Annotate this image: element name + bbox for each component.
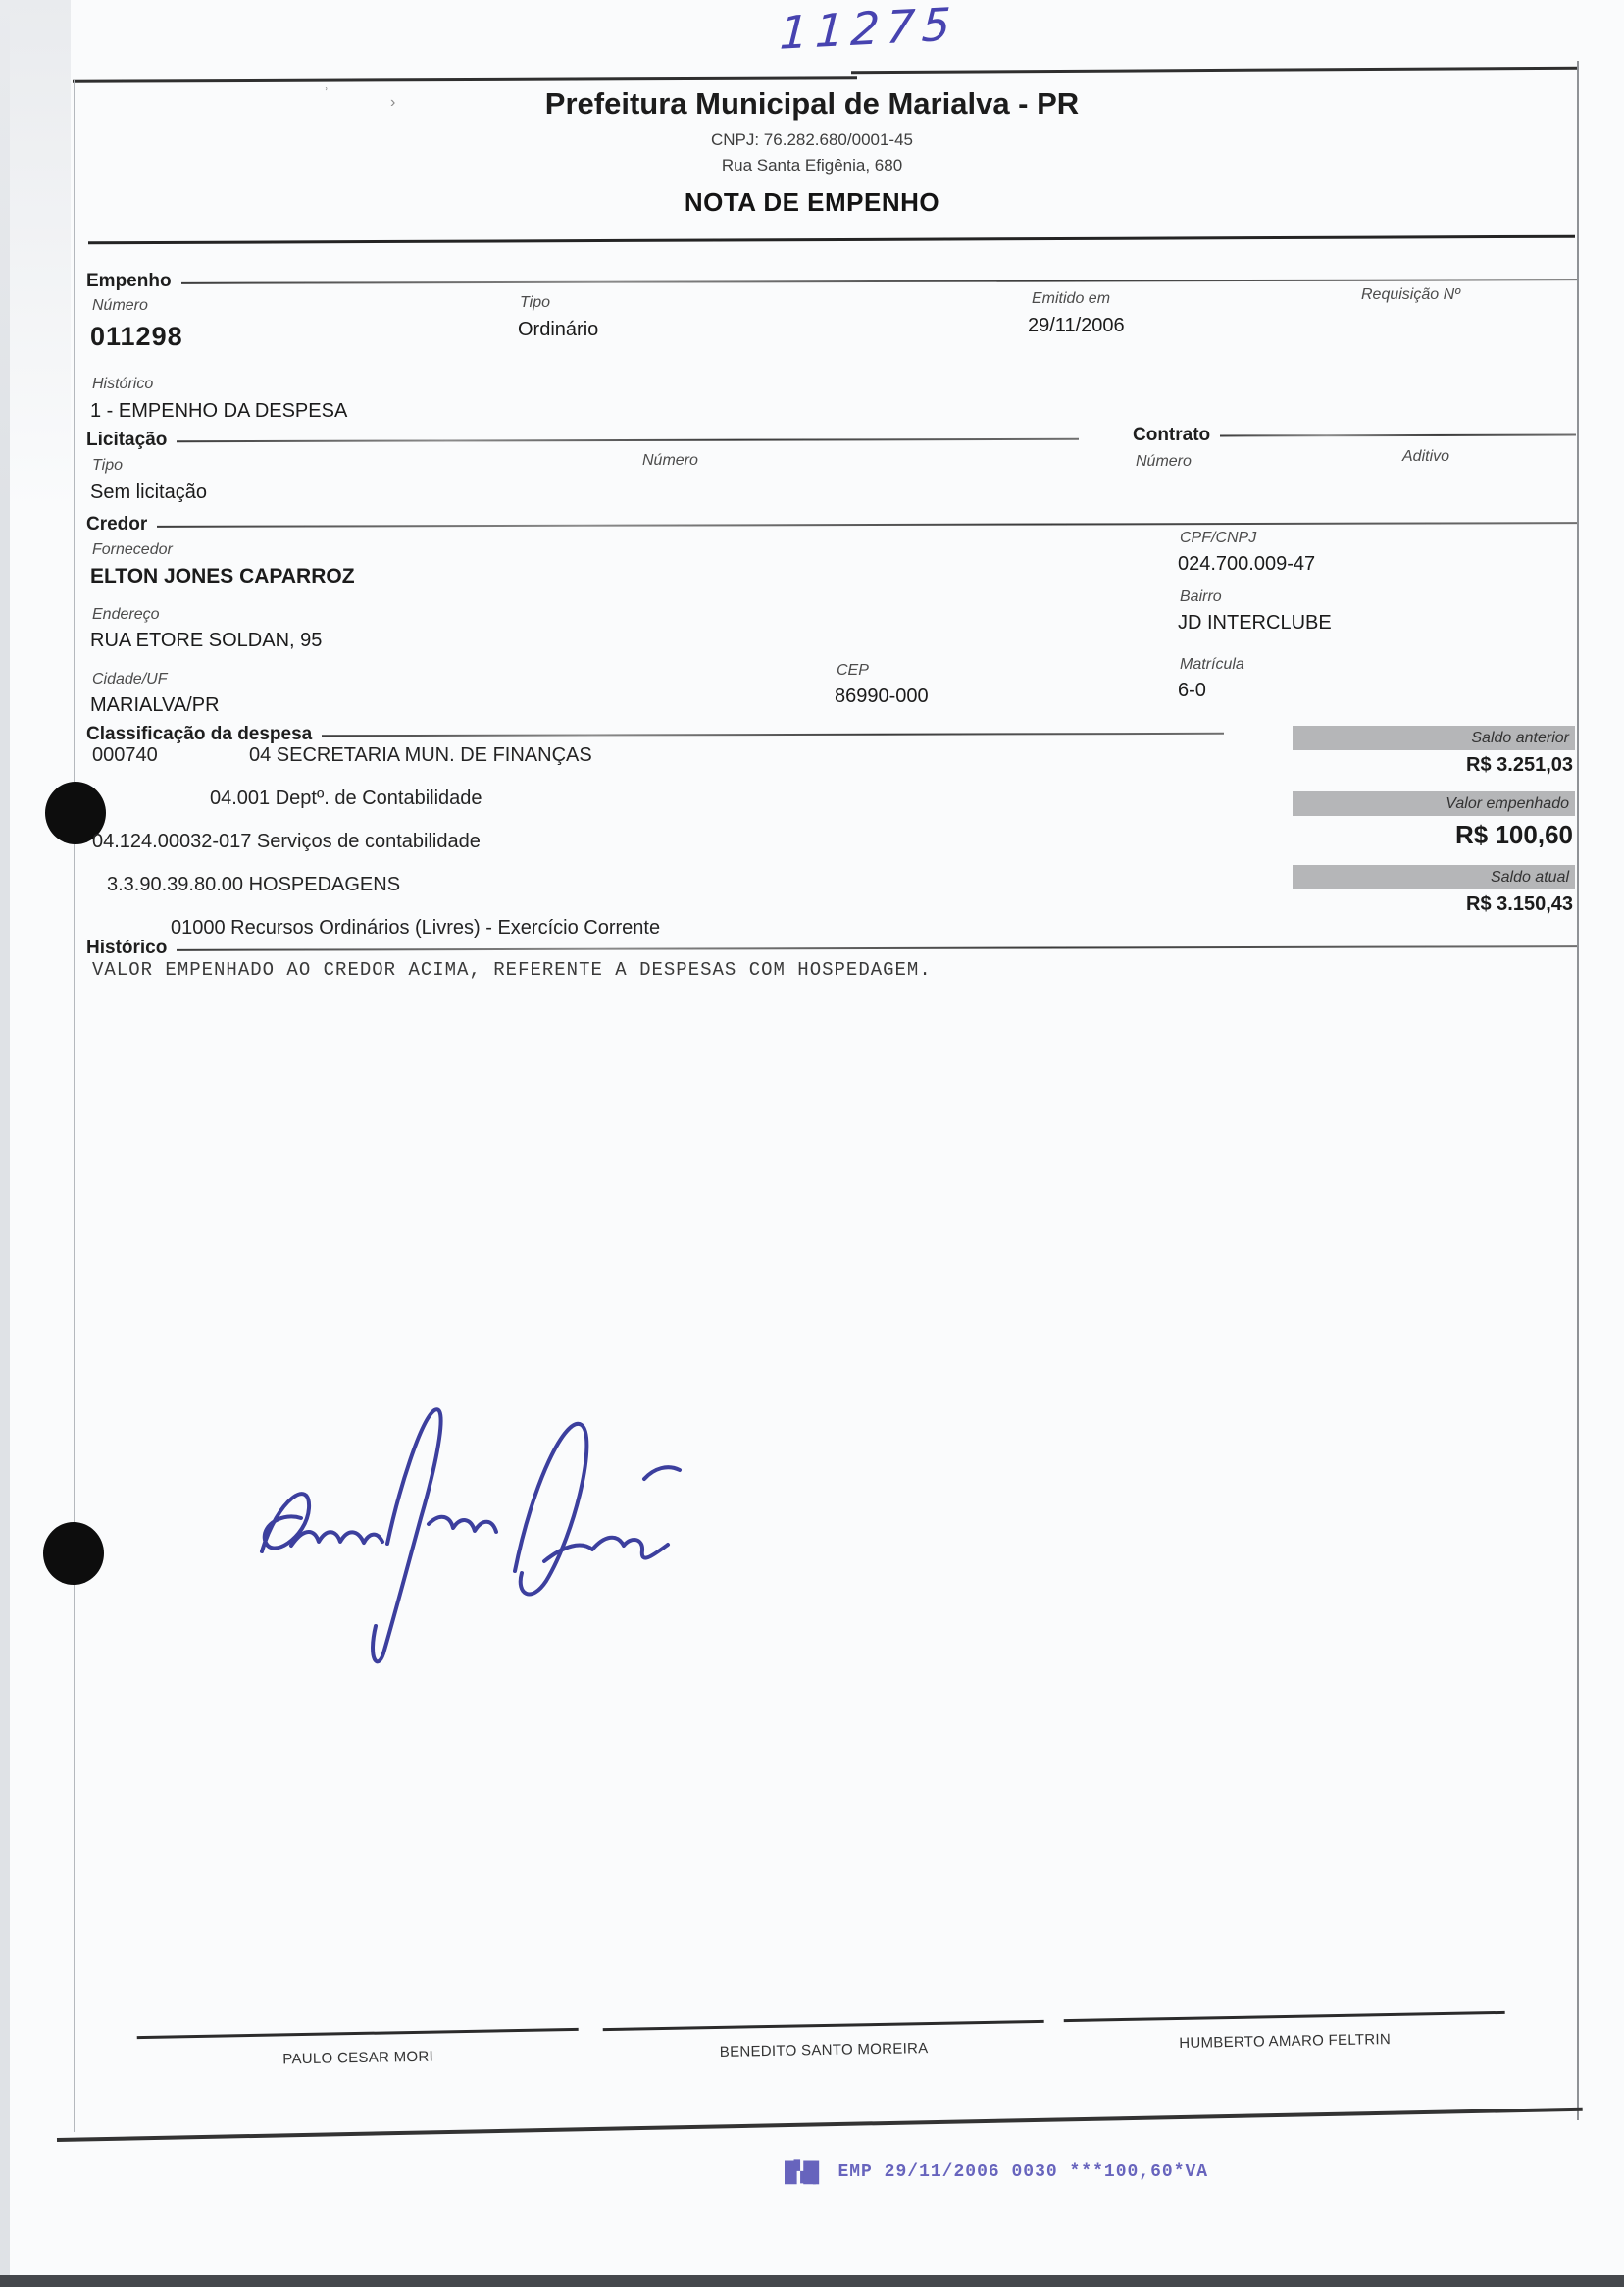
licitacao-tipo-label: Tipo xyxy=(92,457,123,475)
section-credor-label: Credor xyxy=(86,514,147,535)
saldo-anterior-value: R$ 3.251,03 xyxy=(1293,750,1575,783)
signature-line xyxy=(1064,2011,1505,2022)
document-title: NOTA DE EMPENHO xyxy=(0,187,1624,218)
scan-corner-shade xyxy=(0,0,71,510)
saldo-anterior-group: Saldo anterior R$ 3.251,03 xyxy=(1293,726,1575,783)
numero-label: Número xyxy=(92,297,148,315)
cidade-label: Cidade/UF xyxy=(92,671,167,688)
licitacao-tipo-value: Sem licitação xyxy=(90,482,207,504)
saldo-atual-label: Saldo atual xyxy=(1293,865,1575,889)
section-historico-label: Histórico xyxy=(86,938,167,959)
cpf-value: 024.700.009-47 xyxy=(1178,553,1315,576)
signature-scribble xyxy=(221,1363,701,1687)
paper-right-edge xyxy=(1577,61,1579,2120)
emitido-value: 29/11/2006 xyxy=(1028,315,1125,337)
entity-address: Rua Santa Efigênia, 680 xyxy=(0,156,1624,176)
classification-text: 04.001 Deptº. de Contabilidade xyxy=(210,788,482,809)
contrato-numero-label: Número xyxy=(1136,453,1192,471)
section-rule xyxy=(177,945,1577,951)
fornecedor-value: ELTON JONES CAPARROZ xyxy=(90,565,355,588)
entity-cnpj: CNPJ: 76.282.680/0001-45 xyxy=(0,130,1624,150)
numero-value: 011298 xyxy=(90,322,183,352)
signature-block: HUMBERTO AMARO FELTRIN xyxy=(1064,2011,1506,2054)
cpf-label: CPF/CNPJ xyxy=(1180,530,1256,547)
classification-code: 000740 xyxy=(92,741,249,769)
signature-block: BENEDITO SANTO MOREIRA xyxy=(603,2020,1045,2062)
classification-row: 04.001 Deptº. de Contabilidade xyxy=(92,785,1220,828)
signatory-name: BENEDITO SANTO MOREIRA xyxy=(603,2038,1044,2062)
section-empenho: Empenho xyxy=(86,271,1577,292)
validation-stamp: █▚█▌ EMP 29/11/2006 0030 ***100,60*VA xyxy=(785,2160,1208,2185)
classification-text: 04 SECRETARIA MUN. DE FINANÇAS xyxy=(249,744,592,766)
handwritten-number: 11275 xyxy=(779,0,959,60)
valor-empenhado-group: Valor empenhado R$ 100,60 xyxy=(1293,791,1575,856)
fornecedor-label: Fornecedor xyxy=(92,541,173,559)
punch-hole xyxy=(43,1522,104,1585)
cep-value: 86990-000 xyxy=(835,686,929,708)
paper-left-edge xyxy=(74,80,75,2132)
historico1-label: Histórico xyxy=(92,376,153,393)
section-rule xyxy=(181,279,1577,284)
section-rule xyxy=(1220,434,1576,437)
bairro-label: Bairro xyxy=(1180,588,1222,606)
matricula-label: Matrícula xyxy=(1180,656,1244,674)
requisicao-label: Requisição Nº xyxy=(1361,286,1460,304)
contrato-aditivo-label: Aditivo xyxy=(1402,448,1449,466)
bairro-value: JD INTERCLUBE xyxy=(1178,612,1332,635)
document-header: Prefeitura Municipal de Marialva - PR CN… xyxy=(0,86,1624,218)
licitacao-numero-label: Número xyxy=(642,452,698,470)
scan-bottom-band xyxy=(0,2275,1624,2287)
classification-text: 04.124.00032-017 Serviços de contabilida… xyxy=(92,831,481,852)
section-rule xyxy=(177,438,1079,442)
classification-row: 04.124.00032-017 Serviços de contabilida… xyxy=(92,828,1220,871)
section-licitacao-label: Licitação xyxy=(86,430,167,451)
endereco-label: Endereço xyxy=(92,606,160,624)
section-contrato: Contrato xyxy=(1133,425,1576,446)
stamp-text: EMP 29/11/2006 0030 ***100,60*VA xyxy=(837,2162,1208,2182)
classification-text: 01000 Recursos Ordinários (Livres) - Exe… xyxy=(171,917,660,939)
valor-empenhado-label: Valor empenhado xyxy=(1293,791,1575,816)
classification-rows: 00074004 SECRETARIA MUN. DE FINANÇAS 04.… xyxy=(92,741,1220,957)
value-summary: Saldo anterior R$ 3.251,03 Valor empenha… xyxy=(1293,726,1575,931)
saldo-atual-group: Saldo atual R$ 3.150,43 xyxy=(1293,865,1575,922)
saldo-atual-value: R$ 3.150,43 xyxy=(1293,889,1575,922)
historico-text: VALOR EMPENHADO AO CREDOR ACIMA, REFEREN… xyxy=(92,959,932,981)
section-rule xyxy=(322,733,1224,737)
cidade-value: MARIALVA/PR xyxy=(90,694,220,717)
matricula-value: 6-0 xyxy=(1178,680,1206,702)
paper-bottom-edge xyxy=(57,2108,1583,2142)
signatory-name: HUMBERTO AMARO FELTRIN xyxy=(1064,2029,1505,2054)
tipo-label: Tipo xyxy=(520,294,550,312)
classification-row: 00074004 SECRETARIA MUN. DE FINANÇAS xyxy=(92,741,1220,785)
historico1-value: 1 - EMPENHO DA DESPESA xyxy=(90,400,347,423)
section-rule xyxy=(157,522,1577,528)
signature-line xyxy=(137,2028,579,2039)
section-credor: Credor xyxy=(86,514,1577,535)
endereco-value: RUA ETORE SOLDAN, 95 xyxy=(90,630,322,652)
section-empenho-label: Empenho xyxy=(86,271,172,292)
emitido-label: Emitido em xyxy=(1032,290,1110,308)
entity-title: Prefeitura Municipal de Marialva - PR xyxy=(0,86,1624,122)
saldo-anterior-label: Saldo anterior xyxy=(1293,726,1575,750)
paper-top-edge-right xyxy=(851,67,1579,75)
valor-empenhado-value: R$ 100,60 xyxy=(1293,816,1575,856)
section-historico: Histórico xyxy=(86,938,1577,959)
scanned-nota-de-empenho: ʾ › 11275 Prefeitura Municipal de Marial… xyxy=(0,0,1624,2287)
stamp-logo-glyphs: █▚█▌ xyxy=(785,2160,822,2185)
tipo-value: Ordinário xyxy=(518,319,598,341)
signature-block: PAULO CESAR MORI xyxy=(137,2028,580,2070)
signatory-name: PAULO CESAR MORI xyxy=(137,2046,579,2070)
cep-label: CEP xyxy=(837,662,869,680)
signature-line xyxy=(603,2020,1044,2031)
header-divider xyxy=(88,235,1575,245)
section-licitacao: Licitação xyxy=(86,430,1079,451)
paper-top-edge xyxy=(73,76,857,82)
section-contrato-label: Contrato xyxy=(1133,425,1210,446)
classification-row: 3.3.90.39.80.00 HOSPEDAGENS xyxy=(92,871,1220,914)
classification-text: 3.3.90.39.80.00 HOSPEDAGENS xyxy=(107,874,400,895)
